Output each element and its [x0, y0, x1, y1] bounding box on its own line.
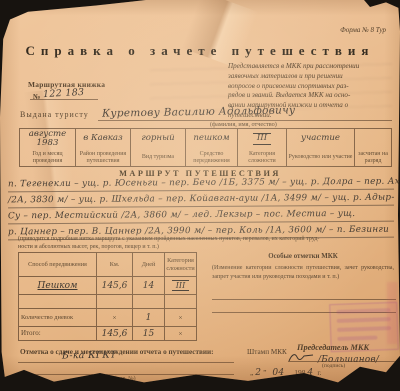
inventory-line — [18, 374, 234, 375]
trip-parameters-table: августе 1983 Год и месяц проведения в Ка… — [19, 128, 392, 167]
intro-line: рядов и званий. Выдается МКК на осно- — [228, 91, 394, 101]
summary-header-km: Км. — [97, 253, 133, 277]
dnevki-category: × — [165, 309, 197, 327]
signature-hint: (подпись) — [322, 363, 345, 369]
trip-col-transport: пешком Средство передвижения — [186, 129, 238, 166]
trip-label-region: Район проведения путешествия — [76, 149, 130, 166]
date-year-printed: 198 — [294, 368, 305, 377]
route-caption-line2: ности и абсолютных высот, рек, порогов, … — [18, 244, 394, 250]
summary-empty-cell — [97, 295, 133, 309]
trip-value-region: в Кавказ — [76, 129, 130, 149]
intro-line: заявочных материалов и при решении — [228, 72, 394, 82]
route-line: Су – пер. Местийский /2А, 3860 м/ – лед.… — [8, 209, 394, 225]
trip-label-date: Год и месяц проведения — [20, 149, 75, 166]
date-year-suffix: 4 — [307, 368, 313, 378]
route-caption-line1: (приводится подробная нитка маршрута с у… — [18, 236, 394, 242]
route-line: п. Тегенекли – ущ. р. Юсеньги – пер. Беч… — [8, 177, 394, 193]
inventory-hint: (инв. №) — [95, 376, 155, 382]
trip-value-category: III — [238, 129, 286, 149]
page-title: Справка о зачете путешествия — [0, 43, 400, 59]
report-location-line — [18, 362, 234, 363]
mkk-stamp-label: Штамп МКК — [247, 348, 287, 356]
trip-label-role: Руководство или участие — [287, 149, 354, 166]
signature-squiggle — [288, 352, 314, 364]
signature-line — [288, 361, 396, 362]
dnevki-label: Количество дневок — [19, 309, 97, 327]
date-day-value: 2 — [255, 368, 261, 378]
report-location-value: Б-ка КГКТ — [62, 350, 117, 362]
total-days: 15 — [133, 327, 165, 341]
mkk-notes-line — [212, 299, 396, 300]
mkk-notes-title: Особые отметки МКК — [210, 253, 396, 260]
date-row: „ 2 ” 04 198 4 г. — [250, 368, 321, 378]
trip-col-region: в Кавказ Район проведения путешествия — [76, 129, 131, 166]
trip-value-transport: пешком — [186, 129, 237, 149]
date-g-label: г. — [317, 368, 321, 377]
stamp-smudge — [387, 282, 398, 344]
summary-category-value: III — [165, 277, 197, 295]
trip-col-role: участие Руководство или участие — [287, 129, 355, 166]
summary-empty-cell — [165, 295, 197, 309]
date-close-quote: ” — [263, 368, 266, 377]
total-label: Итого: — [19, 327, 97, 341]
mkk-notes-text: (Изменение категории сложности путешеств… — [212, 264, 394, 282]
trip-label-transport: Средство передвижения — [186, 149, 237, 166]
trip-col-rank: засчитан на разряд — [355, 129, 391, 166]
intro-line: вопросов о присвоении спортивных раз- — [228, 82, 394, 92]
certificate-document: Форма № 8 Тур Справка о зачете путешеств… — [0, 0, 400, 391]
summary-method-value: Пешком — [19, 277, 97, 295]
trip-label-rank: засчитан на разряд — [355, 149, 391, 166]
route-book-underline — [30, 99, 98, 100]
trip-col-type: горный Вид туризма — [131, 129, 186, 166]
summary-empty-cell — [133, 295, 165, 309]
date-month-value: 04 — [272, 368, 284, 378]
date-open-quote: „ — [250, 368, 253, 377]
issued-label: Выдана туристу — [20, 110, 89, 119]
trip-label-type: Вид туризма — [131, 149, 185, 166]
total-km: 145,6 — [97, 327, 133, 341]
summary-days-value: 14 — [133, 277, 165, 295]
route-line: /2А, 3830 м/ – ущ. р. Шхельда – пер. Кой… — [8, 193, 394, 209]
dnevki-km: × — [97, 309, 133, 327]
trip-value-rank — [355, 129, 391, 149]
summary-header-category: Категория сложности — [165, 253, 197, 277]
trip-value-type: горный — [131, 129, 185, 149]
summary-km-value: 145,6 — [97, 277, 133, 295]
form-number: Форма № 8 Тур — [340, 26, 386, 34]
route-lines: п. Тегенекли – ущ. р. Юсеньги – пер. Беч… — [8, 178, 394, 239]
trip-col-category: III Категория сложности — [238, 129, 287, 166]
trip-col-date: августе 1983 Год и месяц проведения — [20, 129, 76, 166]
summary-header-days: Дней — [133, 253, 165, 277]
issued-name-hint: (фамилия, имя, отчество) — [210, 121, 277, 128]
trip-value-date: августе 1983 — [20, 129, 75, 149]
summary-table: Способ передвижения Км. Дней Категория с… — [18, 252, 197, 341]
trip-label-category: Категория сложности — [238, 149, 286, 166]
summary-empty-cell — [19, 295, 97, 309]
dnevki-days: 1 — [133, 309, 165, 327]
trip-value-role: участие — [287, 129, 354, 149]
category-roman-numeral: III — [253, 133, 271, 145]
category-roman-numeral: III — [172, 280, 189, 291]
summary-header-method: Способ передвижения — [19, 253, 97, 277]
total-category: × — [165, 327, 197, 341]
intro-line: Представляется в МКК при рассмотрении — [228, 62, 394, 72]
